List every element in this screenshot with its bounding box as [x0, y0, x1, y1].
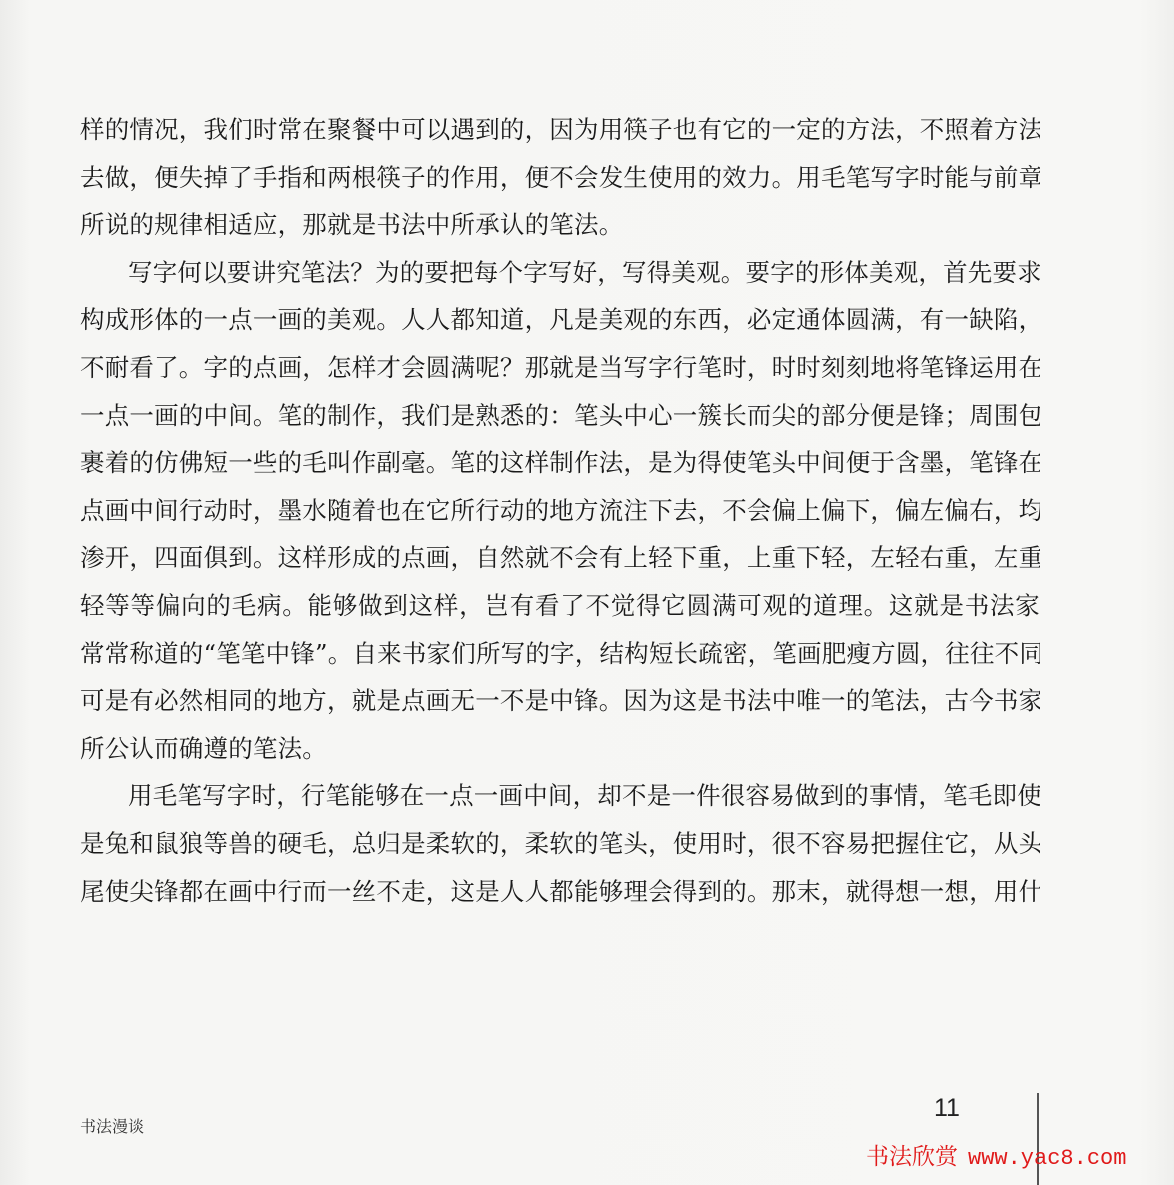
text-line: 构成形体的一点一画的美观。人人都知道，凡是美观的东西，必定通体圆满，有一缺陷，便 [80, 296, 1040, 344]
text-line: 轻等等偏向的毛病。能够做到这样，岂有看了不觉得它圆满可观的道理。这就是书法家 [80, 582, 1040, 630]
text-line: 常常称道的“笔笔中锋”。自来书家们所写的字，结构短长疏密，笔画肥瘦方圆，往往不同… [80, 630, 1040, 678]
text-line: 裹着的仿佛短一些的毛叫作副毫。笔的这样制作法，是为得使笔头中间便于含墨，笔锋在 [80, 439, 1040, 487]
running-footer-book-title: 书法漫谈 [80, 1114, 144, 1137]
text-line: 不耐看了。字的点画，怎样才会圆满呢？那就是当写字行笔时，时时刻刻地将笔锋运用在 [80, 344, 1040, 392]
body-text: 样的情况，我们时常在聚餐中可以遇到的，因为用筷子也有它的一定的方法，不照着方法 … [80, 106, 1040, 915]
paragraph-3: 用毛笔写字时，行笔能够在一点一画中间，却不是一件很容易做到的事情，笔毛即使 是兔… [80, 772, 1040, 915]
text-line: 是兔和鼠狼等兽的硬毛，总归是柔软的，柔软的笔头，使用时，很不容易把握住它，从头到 [80, 820, 1040, 868]
page-number: 11 [934, 1094, 960, 1123]
paragraph-1: 样的情况，我们时常在聚餐中可以遇到的，因为用筷子也有它的一定的方法，不照着方法 … [80, 106, 1040, 249]
book-page: 样的情况，我们时常在聚餐中可以遇到的，因为用筷子也有它的一定的方法，不照着方法 … [0, 0, 1174, 1185]
text-line: 去做，便失掉了手指和两根筷子的作用，便不会发生使用的效力。用毛笔写字时能与前章 [80, 154, 1040, 202]
text-line: 可是有必然相同的地方，就是点画无一不是中锋。因为这是书法中唯一的笔法，古今书家 [80, 677, 1040, 725]
text-line: 样的情况，我们时常在聚餐中可以遇到的，因为用筷子也有它的一定的方法，不照着方法 [80, 106, 1040, 154]
text-line: 所说的规律相适应，那就是书法中所承认的笔法。 [80, 201, 1040, 249]
site-watermark: 书法欣赏www.yac8.com [866, 1138, 1126, 1171]
text-line: 用毛笔写字时，行笔能够在一点一画中间，却不是一件很容易做到的事情，笔毛即使 [80, 772, 1040, 820]
text-line: 写字何以要讲究笔法？为的要把每个字写好，写得美观。要字的形体美观，首先要求 [80, 249, 1040, 297]
text-line: 一点一画的中间。笔的制作，我们是熟悉的：笔头中心一簇长而尖的部分便是锋；周围包 [80, 392, 1040, 440]
paragraph-2: 写字何以要讲究笔法？为的要把每个字写好，写得美观。要字的形体美观，首先要求 构成… [80, 249, 1040, 773]
text-line: 渗开，四面俱到。这样形成的点画，自然就不会有上轻下重，上重下轻，左轻右重，左重右 [80, 534, 1040, 582]
watermark-label: 书法欣赏 [866, 1144, 958, 1170]
text-line: 点画中间行动时，墨水随着也在它所行动的地方流注下去，不会偏上偏下，偏左偏右，均匀 [80, 487, 1040, 535]
text-line: 所公认而确遵的笔法。 [80, 725, 1040, 773]
watermark-url: www.yac8.com [968, 1146, 1126, 1171]
text-line: 尾使尖锋都在画中行而一丝不走，这是人人都能够理会得到的。那末，就得想一想，用什 [80, 868, 1040, 916]
